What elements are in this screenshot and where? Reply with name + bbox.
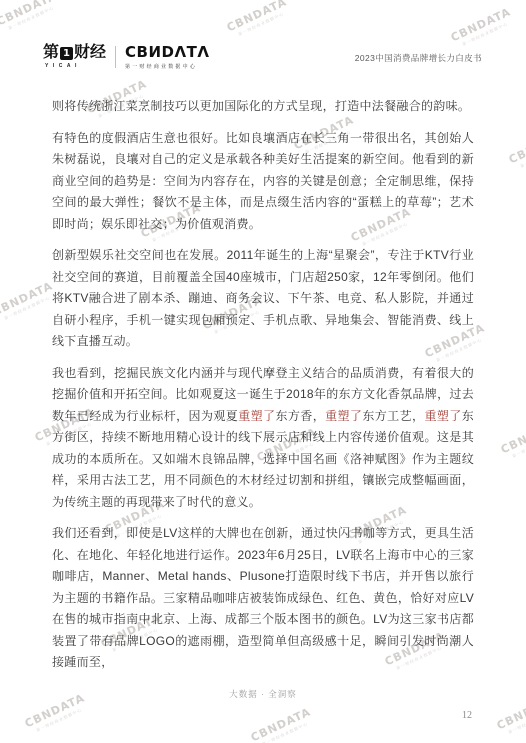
- watermark: CBNDATA 第一财经商业数据中心: [495, 693, 526, 738]
- page-number: 12: [462, 710, 472, 721]
- body-paragraph: 则将传统浙江菜烹制技巧以更加国际化的方式呈现，打造中法餐融合的韵味。: [52, 96, 474, 118]
- watermark-subtext: 第一财经商业数据中心: [1, 2, 62, 35]
- yicai-logo-one-icon: 1: [60, 47, 73, 60]
- footer-slogan: 大数据 · 全洞察: [0, 688, 526, 700]
- cbndata-logo-subtext: 第一财经商业数据中心: [125, 63, 209, 70]
- watermark-text: CBNDATA: [507, 127, 526, 166]
- body-paragraph: 我也看到，挖掘民族文化内涵并与现代摩登主义结合的品质消费，有着很大的挖掘价值和开…: [52, 363, 474, 514]
- watermark-subtext: 第一财经商业数据中心: [0, 292, 58, 325]
- watermark-text: CBNDATA: [225, 0, 289, 34]
- watermark-text: CBNDATA: [449, 5, 513, 44]
- yicai-logo: 第 1 财经 YICAI: [43, 45, 106, 69]
- watermark-subtext: 第一财经商业数据中心: [29, 704, 90, 737]
- body-paragraph: 有特色的度假酒店生意也很好。比如良壤酒店在长三角一带很出名，其创始人朱树磊说，良…: [52, 128, 474, 236]
- watermark: CBNDATA 第一财经商业数据中心: [507, 127, 526, 172]
- watermark-subtext: 第一财经商业数据中心: [231, 8, 292, 41]
- watermark-subtext: 第一财经商业数据中心: [513, 140, 526, 173]
- document-title: 2023中国消费品牌增长力白皮书: [355, 50, 482, 64]
- page-header: 第 1 财经 YICAI CBИDΛTΛ 第一财经商业数据中心 2023中国消费…: [43, 42, 482, 72]
- yicai-logo-main: 第 1 财经: [43, 45, 106, 61]
- yicai-logo-subtext: YICAI: [43, 63, 106, 69]
- watermark: CBNDATA 第一财经商业数据中心: [225, 0, 292, 41]
- body-paragraph: 创新型娱乐社交空间也在发展。2011年诞生的上海“星聚会”，专注于KTV行业社交…: [52, 245, 474, 353]
- watermark-subtext: 第一财经商业数据中心: [501, 706, 526, 739]
- cbndata-logo-main: CBИDΛTΛ: [125, 45, 209, 60]
- watermark-subtext: 第一财经商业数据中心: [255, 718, 316, 743]
- yicai-logo-prefix: 第: [43, 45, 59, 61]
- watermark: CBNDATA 第一财经商业数据中心: [0, 0, 62, 35]
- cbndata-logo: CBИDΛTΛ 第一财经商业数据中心: [125, 45, 209, 70]
- watermark-subtext: 第一财经商业数据中心: [505, 430, 526, 463]
- yicai-logo-suffix: 财经: [74, 45, 106, 61]
- document-page: CBNDATA 第一财经商业数据中心 CBNDATA 第一财经商业数据中心 CB…: [0, 0, 526, 743]
- body-text: 则将传统浙江菜烹制技巧以更加国际化的方式呈现，打造中法餐融合的韵味。 有特色的度…: [52, 96, 474, 684]
- watermark-text: CBNDATA: [0, 279, 55, 318]
- body-paragraph: 我们还看到，即使是LV这样的大牌也在创新，通过快闪书咖等方式，更具生活化、在地化…: [52, 523, 474, 674]
- watermark-text: CBNDATA: [249, 705, 313, 743]
- watermark: CBNDATA 第一财经商业数据中心: [0, 279, 58, 324]
- watermark-text: CBNDATA: [499, 417, 526, 456]
- watermark-text: CBNDATA: [0, 0, 59, 28]
- logo-divider: [115, 46, 116, 68]
- watermark: CBNDATA 第一财经商业数据中心: [249, 705, 316, 743]
- watermark: CBNDATA 第一财经商业数据中心: [499, 417, 526, 462]
